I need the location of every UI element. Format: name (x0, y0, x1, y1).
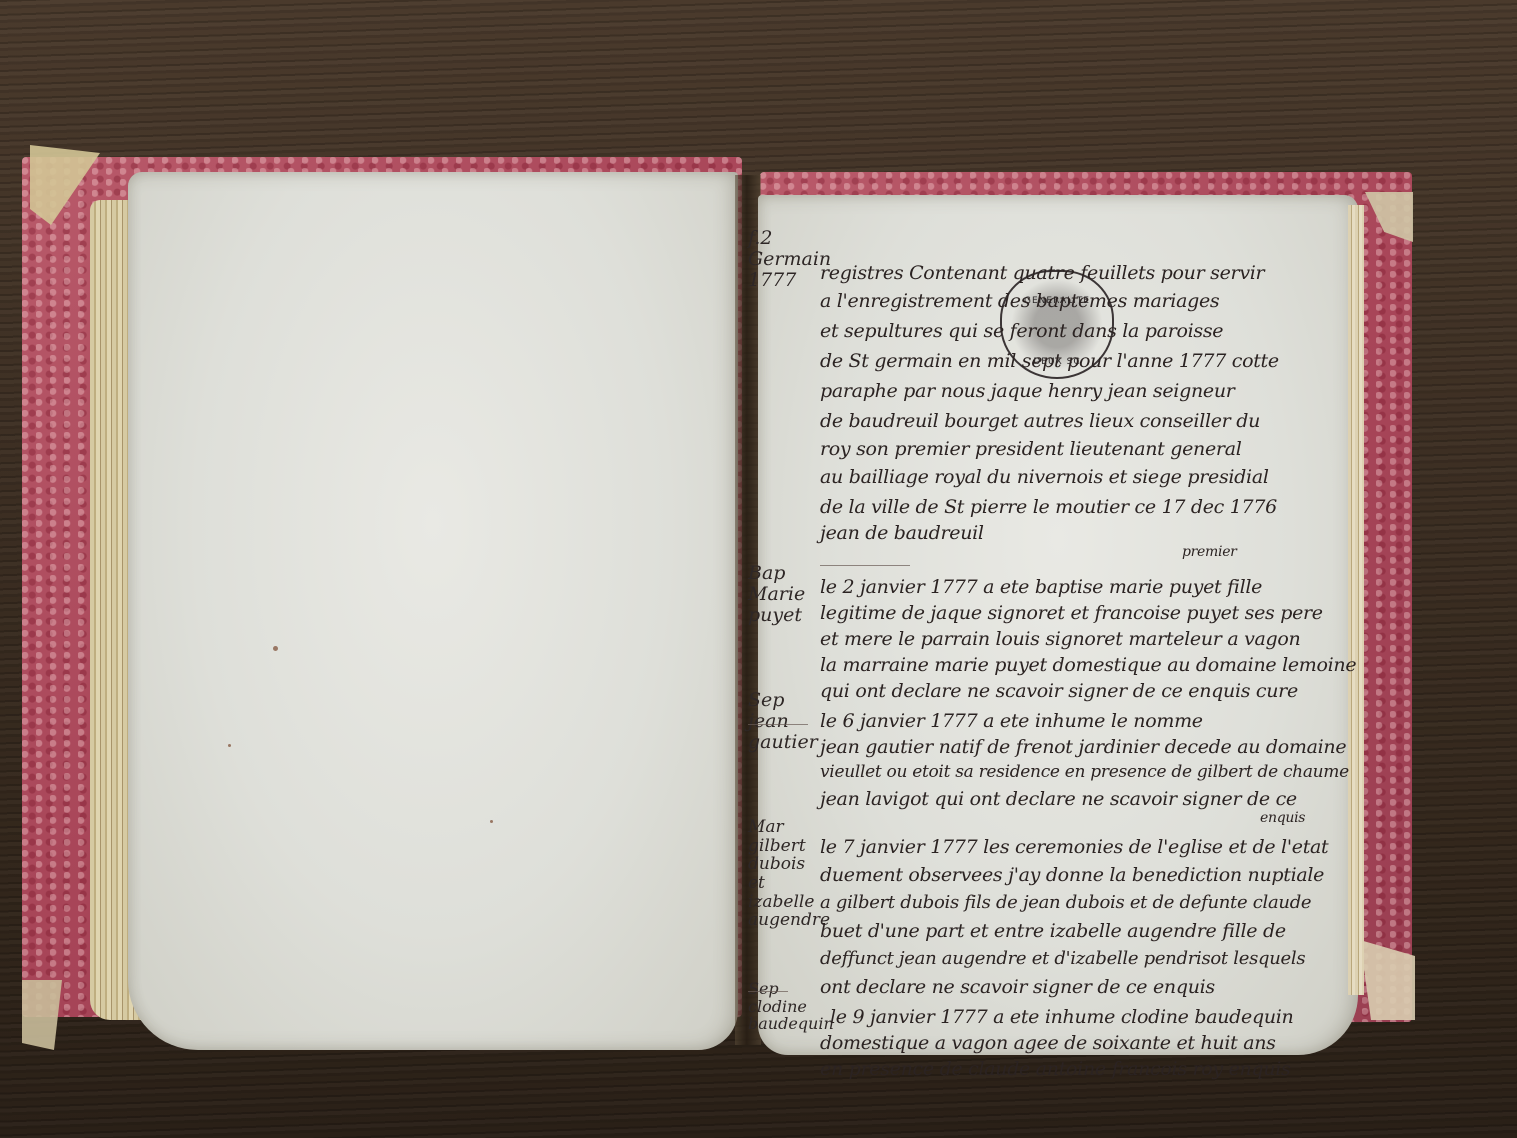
entry-line: buet d'une part et entre izabelle augend… (820, 920, 1286, 942)
entry-line: en presence de claude antoine francois r… (820, 1058, 1291, 1080)
entry-line: vieullet ou etoit sa residence en presen… (820, 762, 1349, 782)
foxing-spot (273, 646, 278, 651)
preamble-line: de St germain en mil sept pour l'anne 17… (820, 350, 1279, 372)
entry-line: le 6 janvier 1777 a ete inhume le nomme (820, 710, 1203, 732)
preamble-line: registres Contenant quatre feuillets pou… (820, 262, 1264, 284)
entry-line: ont declare ne scavoir signer de ce enqu… (820, 976, 1215, 998)
entry-line: jean gautier natif de frenot jardinier d… (820, 736, 1346, 758)
preamble-line: roy son premier president lieutenant gen… (820, 438, 1242, 460)
preamble-line: et sepultures qui se feront dans la paro… (820, 320, 1223, 342)
entry-line: domestique a vagon agee de soixante et h… (820, 1032, 1276, 1054)
torn-corner-bottom-left (22, 980, 62, 1050)
foxing-spot (490, 820, 493, 823)
preamble-note: premier (1182, 544, 1237, 560)
preamble-line: de baudreuil bourget autres lieux consei… (820, 410, 1260, 432)
preamble-line: de la ville de St pierre le moutier ce 1… (820, 496, 1277, 518)
entry-divider (820, 565, 910, 566)
left-page-blank (128, 172, 738, 1050)
entry-line: jean lavigot qui ont declare ne scavoir … (820, 788, 1297, 810)
page-stack-edge-right (1348, 205, 1364, 995)
entry-line: a gilbert dubois fils de jean dubois et … (820, 892, 1311, 913)
margin-note-header: f.2 Germain 1777 (748, 228, 831, 291)
entry-line: duement observees j'ay donne la benedict… (820, 864, 1324, 886)
preamble-line: paraphe par nous jaque henry jean seigne… (820, 380, 1235, 402)
margin-divider (748, 724, 808, 725)
preamble-line: au bailliage royal du nivernois et siege… (820, 466, 1269, 488)
entry-line: le 7 janvier 1777 les ceremonies de l'eg… (820, 836, 1328, 858)
preamble-line: a l'enregistrement des baptemes mariages (820, 290, 1219, 312)
entry-line: legitime de jaque signoret et francoise … (820, 602, 1323, 624)
entry-line: deffunct jean augendre et d'izabelle pen… (820, 948, 1305, 969)
margin-divider (748, 991, 788, 992)
foxing-spot (228, 744, 231, 747)
entry-line: qui ont declare ne scavoir signer de ce … (820, 680, 1298, 702)
entry-line: et mere le parrain louis signoret martel… (820, 628, 1300, 650)
entry-line: le 9 janvier 1777 a ete inhume clodine b… (830, 1006, 1294, 1028)
entry-line: enquis (1260, 810, 1305, 826)
entry-line: la marraine marie puyet domestique au do… (820, 654, 1356, 676)
margin-note-burial-1: Sep jean gautier (748, 690, 818, 753)
margin-note-baptism: Bap Marie puyet (748, 563, 805, 626)
entry-line: le 2 janvier 1777 a ete baptise marie pu… (820, 576, 1262, 598)
preamble-signature: jean de baudreuil (820, 522, 984, 544)
margin-note-marriage: Mar gilbert dubois et izabelle augendre (748, 818, 830, 930)
